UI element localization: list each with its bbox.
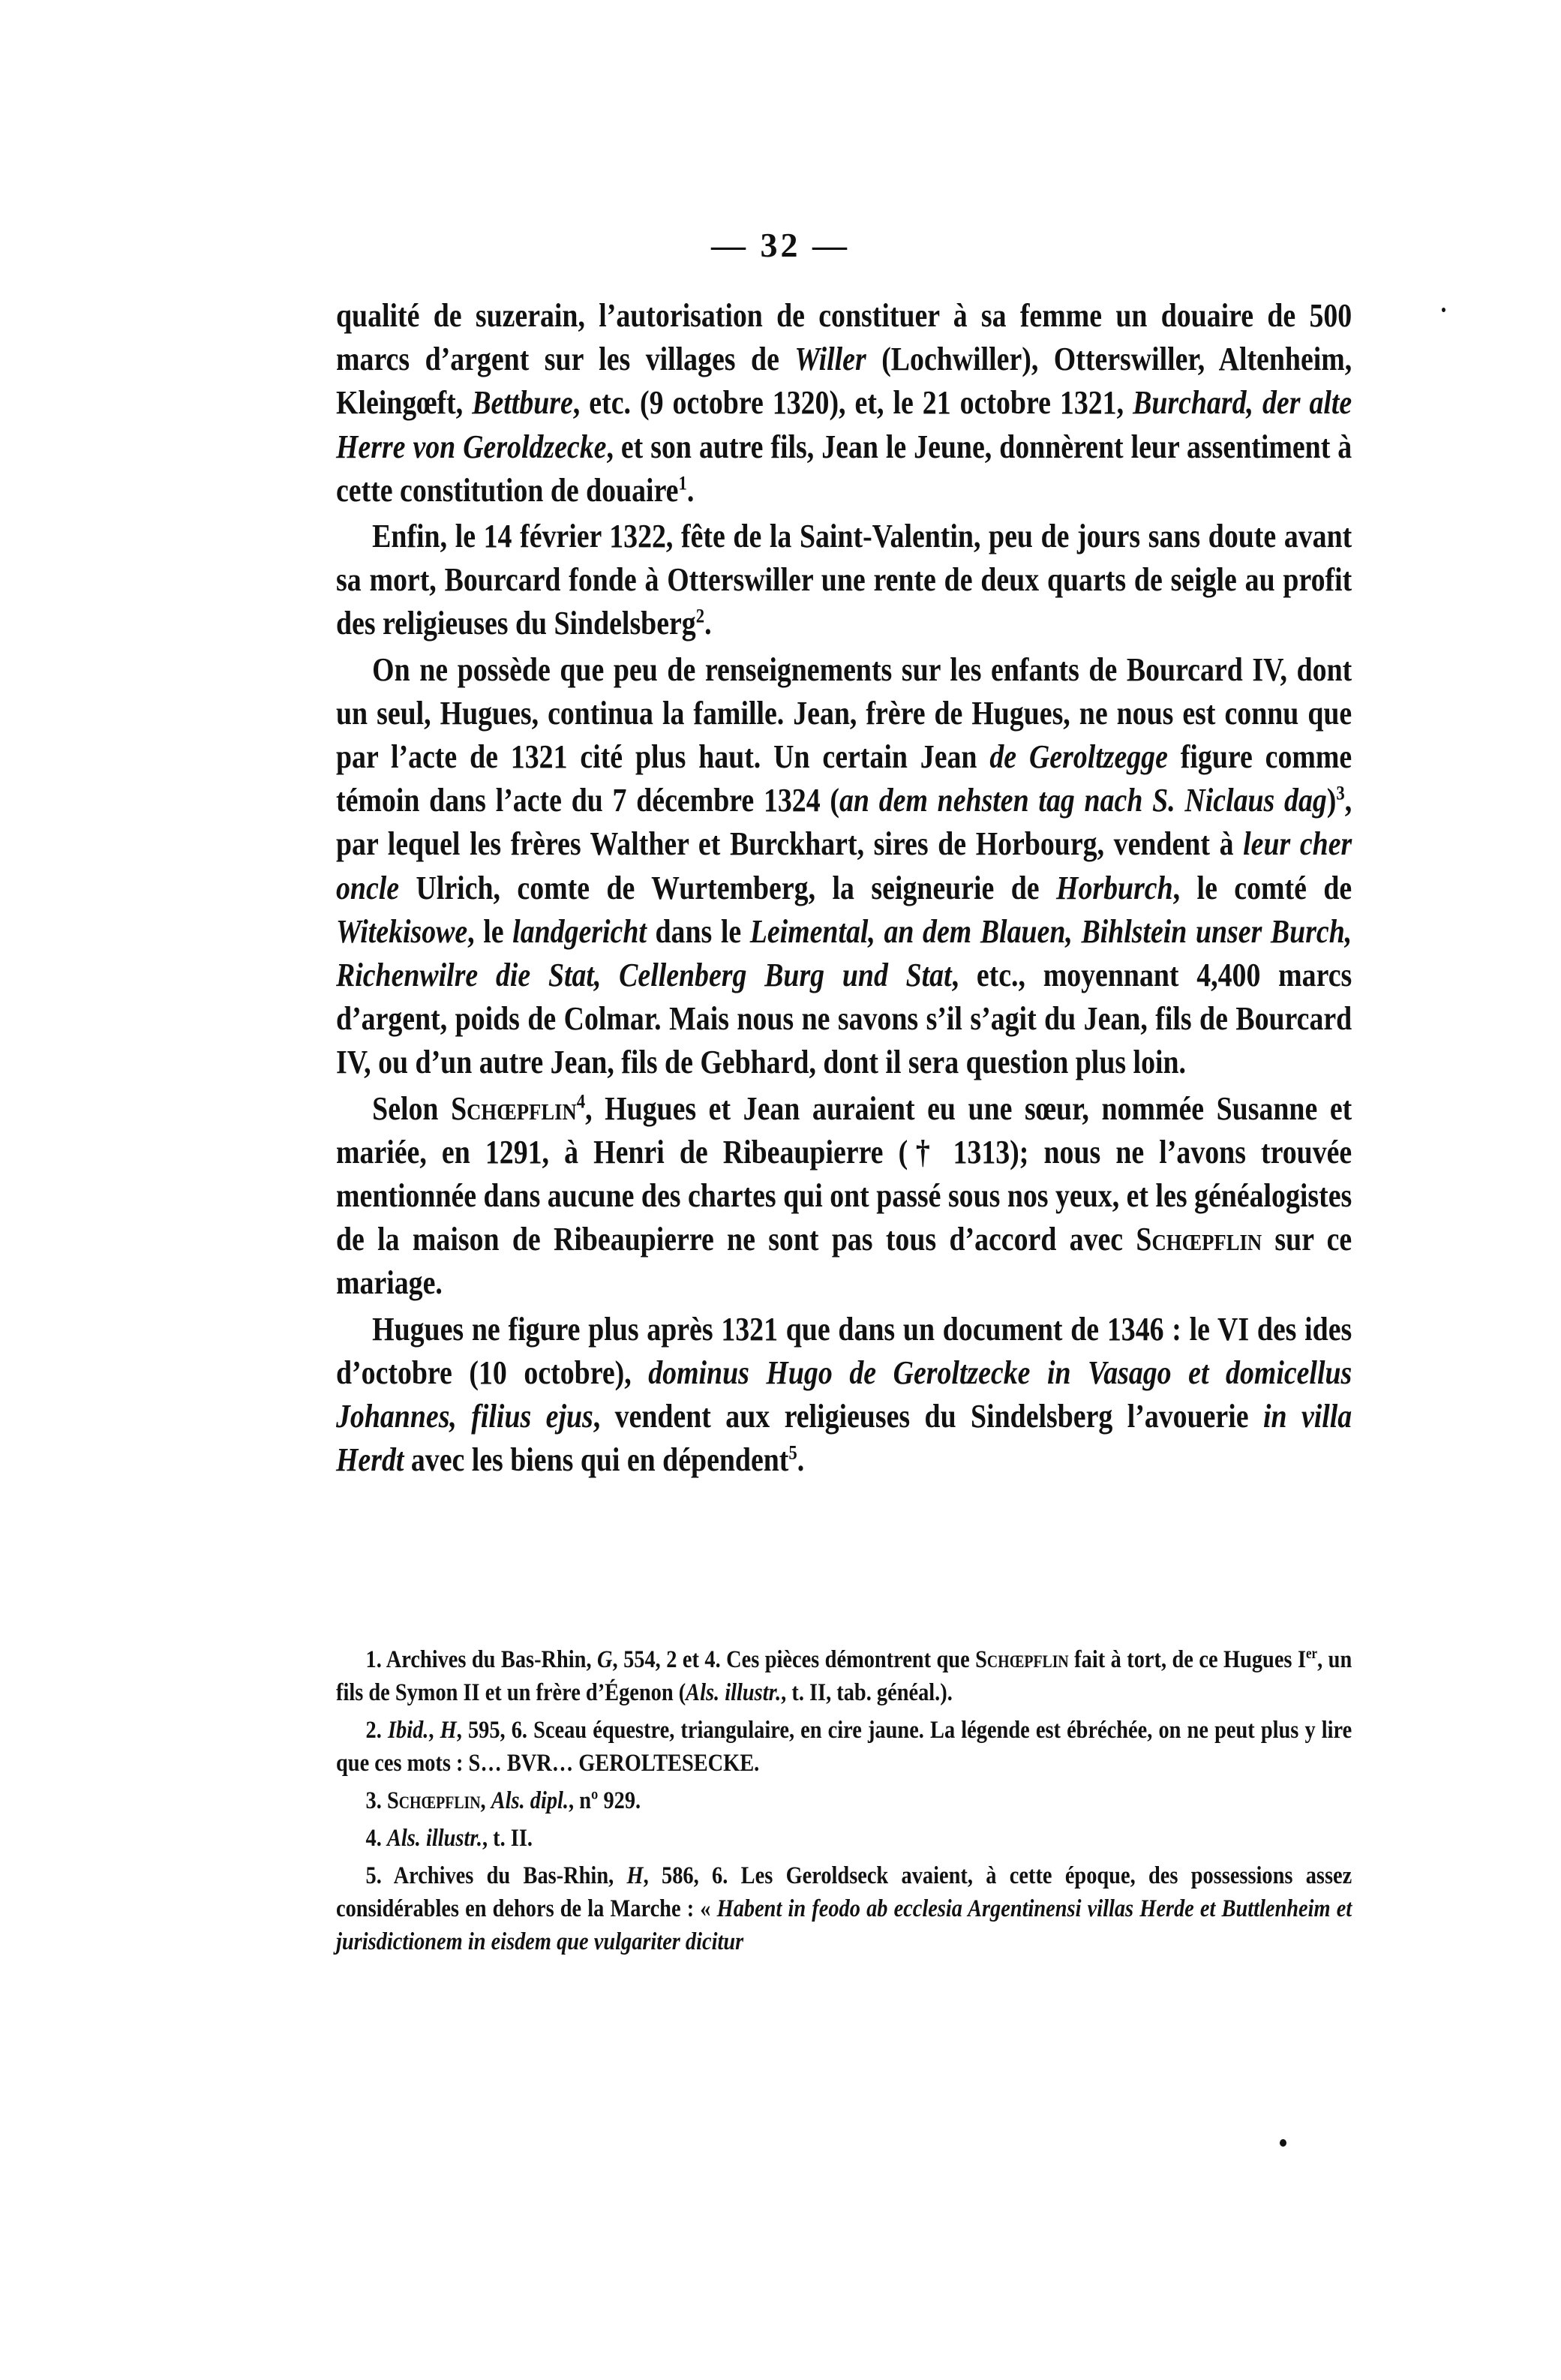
text-run: avec les biens qui en dépendent — [404, 1441, 788, 1478]
text-run: , t. II, tab. généal.). — [781, 1679, 953, 1706]
text-run: , le comté de — [1173, 870, 1352, 906]
footnote-ref: 5 — [788, 1441, 797, 1464]
text-run — [382, 1825, 387, 1852]
text-run — [382, 1717, 388, 1744]
text-run: , — [428, 1717, 440, 1744]
text-run: , vendent aux religieuses du Sindelsberg… — [593, 1398, 1263, 1435]
footnote-number: 1. — [366, 1646, 382, 1673]
paragraph: Selon Schœpflin4, Hugues et Jean auraien… — [336, 1087, 1352, 1306]
footnote-number: 3. — [366, 1787, 382, 1814]
paragraph: On ne possède que peu de renseignements … — [336, 648, 1352, 1085]
text-run: ) — [1327, 782, 1337, 819]
text-run: , 554, 2 et 4. Ces pièces démontrent que — [613, 1646, 976, 1673]
italic-text: Als. illustr. — [686, 1679, 781, 1706]
footnote-ref: 1 — [678, 471, 686, 494]
text-run: Selon — [372, 1090, 451, 1127]
italic-text: G — [597, 1646, 613, 1673]
italic-text: Als. illustr. — [387, 1825, 482, 1852]
text-run: fait à tort, de ce Hugues I — [1069, 1646, 1306, 1673]
footnote: 4. Als. illustr., t. II. — [336, 1822, 1352, 1855]
author-name: Schœpflin — [451, 1090, 577, 1127]
text-run: Archives du Bas-Rhin, — [382, 1862, 627, 1889]
author-name: Schœpflin — [1136, 1221, 1262, 1258]
footnote-ref: er — [1306, 1645, 1317, 1662]
footnote-ref: 3 — [1336, 782, 1344, 804]
author-name: Schœpflin — [975, 1646, 1069, 1673]
print-speck — [1280, 2139, 1286, 2147]
footnote: 1. Archives du Bas-Rhin, G, 554, 2 et 4.… — [336, 1643, 1352, 1709]
footnote-ref: 2 — [696, 605, 704, 627]
italic-text: Ibid. — [388, 1717, 428, 1744]
footnote: 3. Schœpflin, Als. dipl., nº 929. — [336, 1784, 1352, 1817]
italic-text: an dem nehsten tag nach S. Niclaus dag — [839, 782, 1327, 819]
text-run: , etc. (9 octobre 1320), et, le 21 octob… — [573, 384, 1133, 421]
text-run: Ulrich, comte de Wurtemberg, la seigneur… — [399, 870, 1056, 906]
italic-text: H — [440, 1717, 457, 1744]
text-run: . — [687, 472, 694, 509]
paragraph: Enfin, le 14 février 1322, fête de la Sa… — [336, 515, 1352, 646]
footnotes: 1. Archives du Bas-Rhin, G, 554, 2 et 4.… — [336, 1643, 1352, 1963]
italic-text: Witekisowe — [336, 913, 467, 950]
page-number: — 32 — — [0, 225, 1561, 265]
italic-text: landgericht — [512, 913, 647, 950]
text-run: , le — [467, 913, 512, 950]
body-text: qualité de suzerain, l’autorisation de c… — [336, 294, 1352, 1482]
text-run: . — [797, 1441, 804, 1478]
footnote-ref: 4 — [577, 1089, 585, 1112]
footnote-number: 4. — [366, 1825, 382, 1852]
text-run: Enfin, le 14 février 1322, fête de la Sa… — [336, 518, 1352, 642]
text-run: , nº 929. — [569, 1787, 641, 1814]
italic-text: Als. dipl. — [491, 1787, 569, 1814]
print-speck — [1442, 308, 1445, 312]
footnote: 5. Archives du Bas-Rhin, H, 586, 6. Les … — [336, 1859, 1352, 1958]
text-run: , 595, 6. Sceau équestre, triangulaire, … — [336, 1717, 1352, 1777]
author-name: Schœpflin — [387, 1787, 481, 1814]
text-run: dans le — [647, 913, 750, 950]
text-run: . — [704, 605, 711, 642]
footnote-number: 5. — [366, 1862, 382, 1889]
text-run: , — [481, 1787, 491, 1814]
italic-text: H — [627, 1862, 644, 1889]
text-run — [382, 1787, 387, 1814]
italic-text: Willer — [794, 341, 866, 377]
text-run: , t. II. — [482, 1825, 533, 1852]
paragraph: Hugues ne figure plus après 1321 que dan… — [336, 1308, 1352, 1483]
text-run: Archives du Bas-Rhin, — [382, 1646, 597, 1673]
italic-text: Horburch — [1056, 870, 1173, 906]
paragraph: qualité de suzerain, l’autorisation de c… — [336, 294, 1352, 512]
footnote: 2. Ibid., H, 595, 6. Sceau équestre, tri… — [336, 1714, 1352, 1780]
footnote-number: 2. — [366, 1717, 382, 1744]
italic-text: de Geroltzegge — [989, 738, 1168, 775]
italic-text: Bettbure — [472, 384, 573, 421]
